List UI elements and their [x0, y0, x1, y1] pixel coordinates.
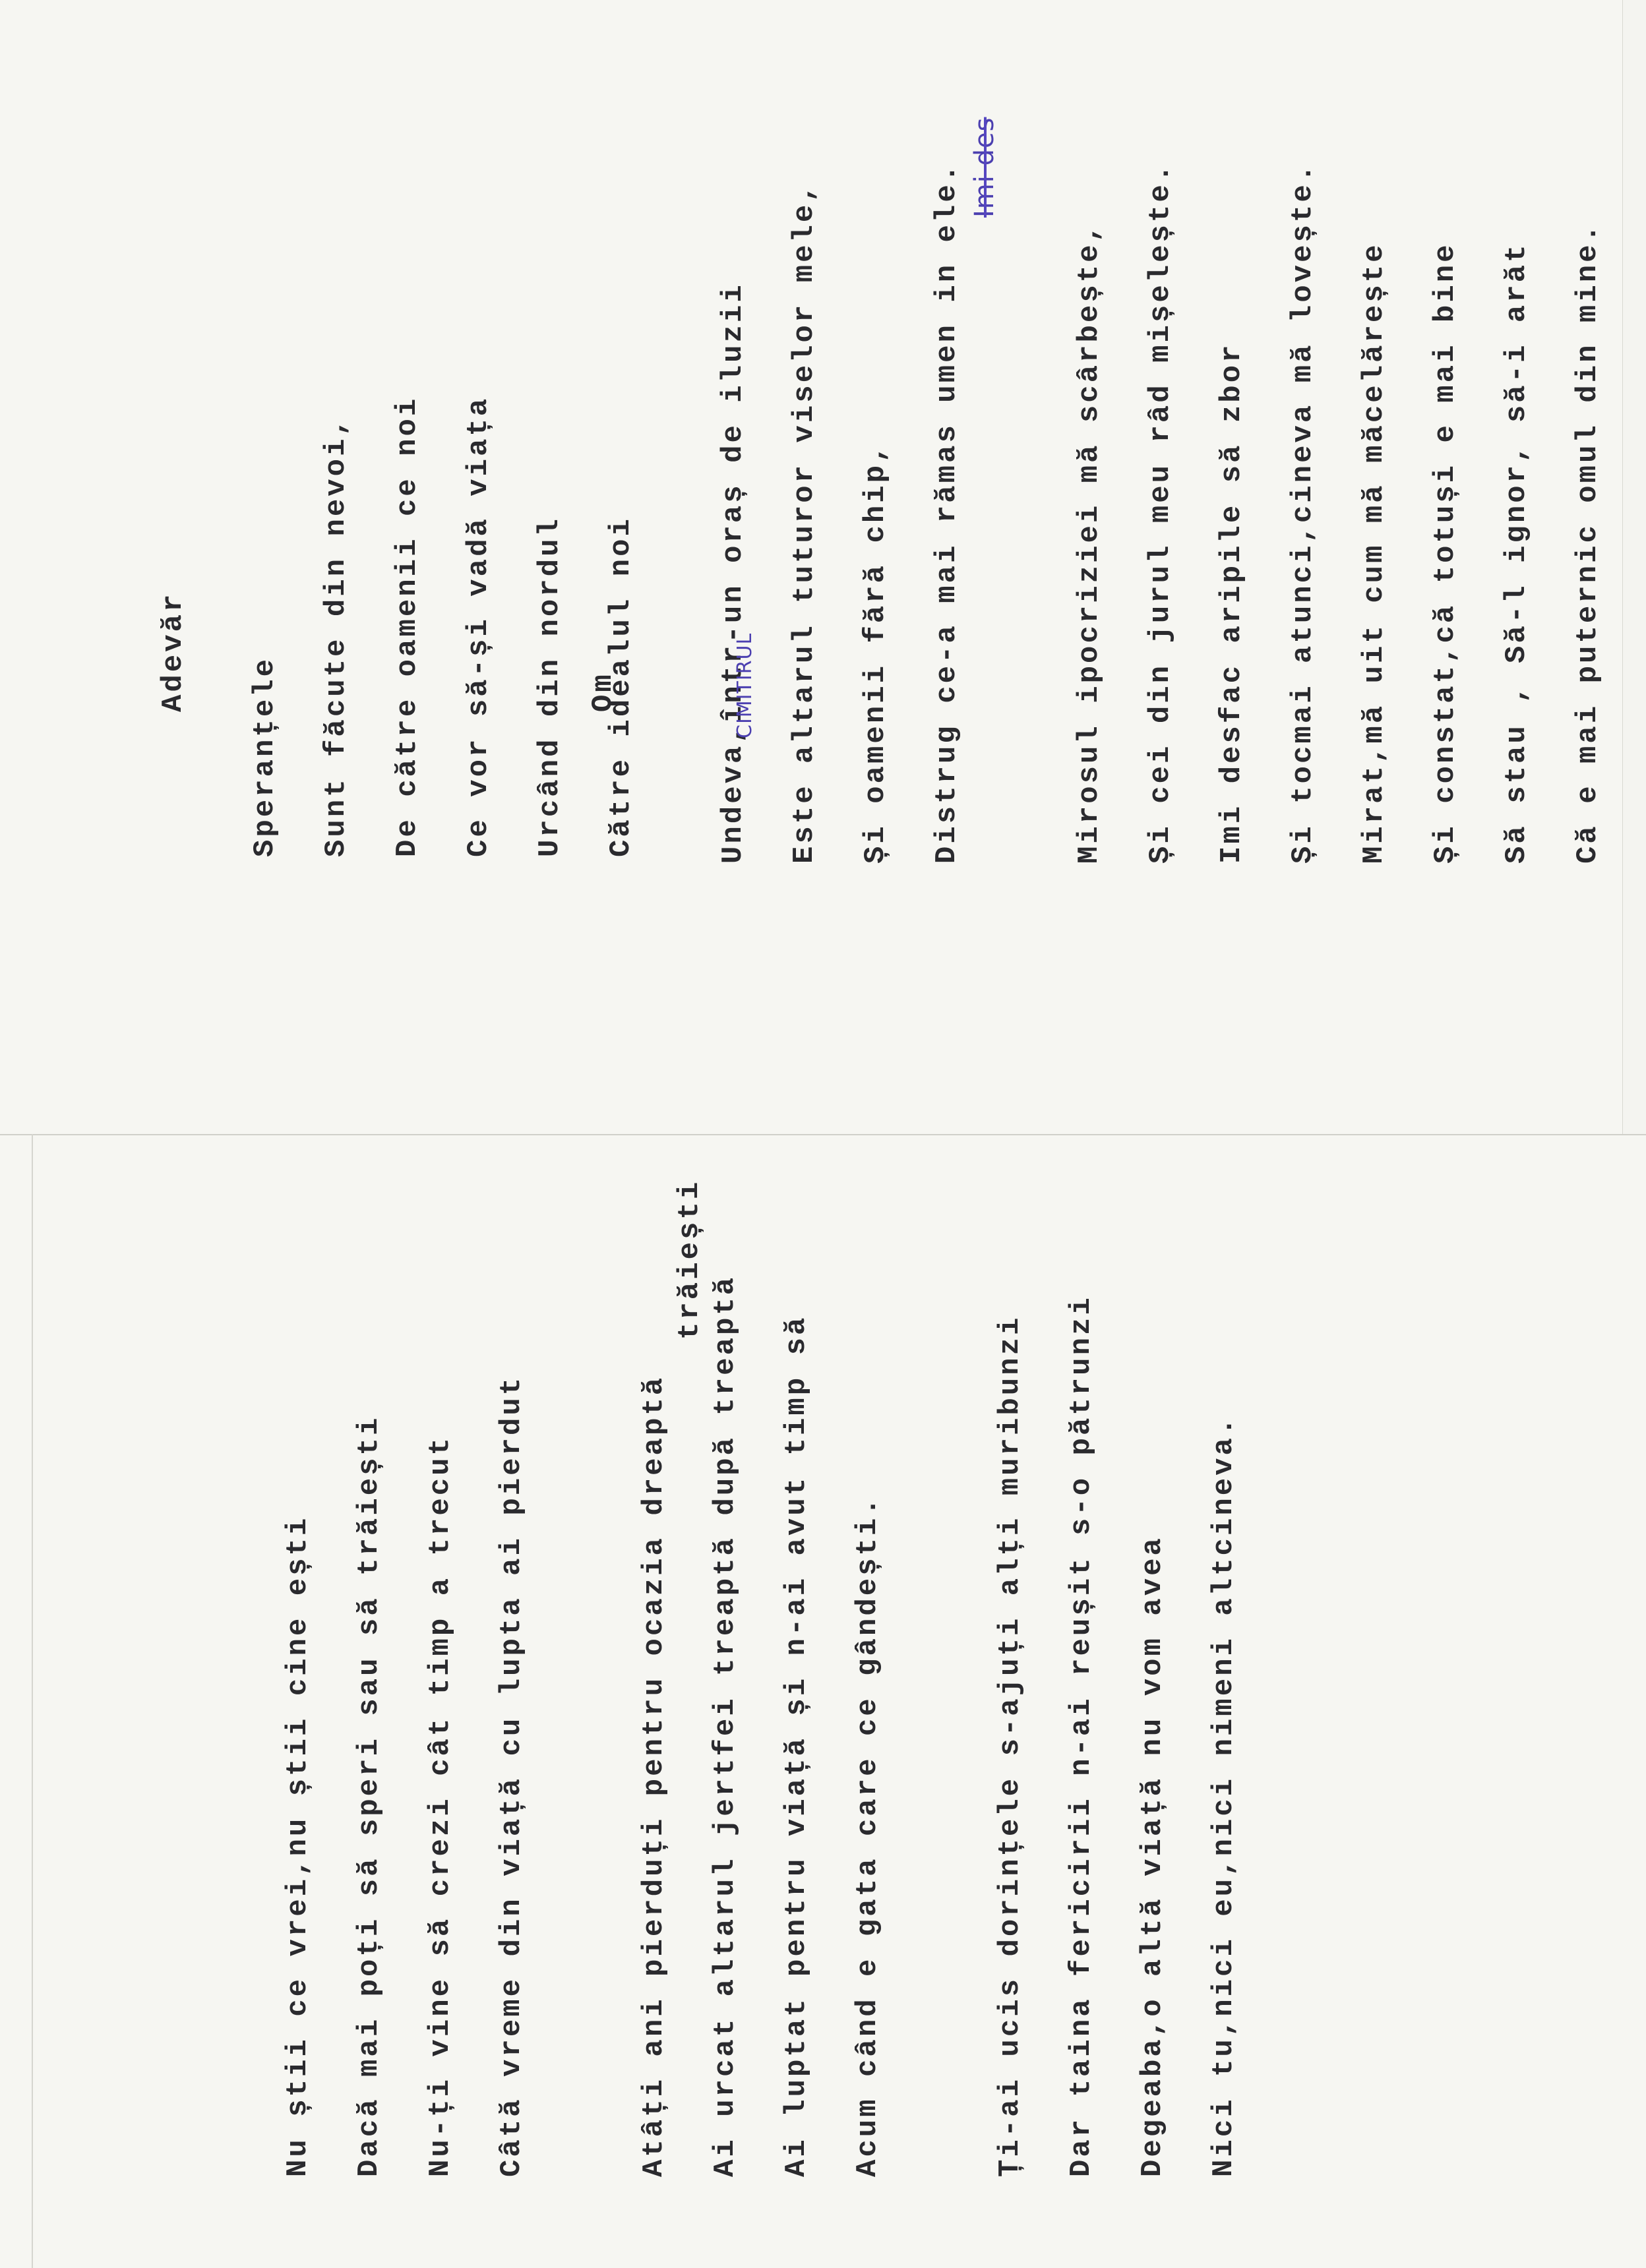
stanza-gap	[559, 1275, 607, 2177]
handwritten-correction: CIMITIRUL	[733, 633, 756, 738]
bottom-s1-line-2: Dacă mai poți să speri sau să trăiești	[346, 1275, 393, 2177]
poem2-block: Undeva,într-un oraș de iluzii Este altar…	[686, 162, 1635, 864]
poem-title-adevar: Adevăr	[157, 592, 190, 712]
bottom-s3-line-4: Nici tu,nici eu,nici nimeni altcineva.	[1200, 1275, 1248, 2177]
poem2-s2-line-4: Și tocmai atunci,cineva mă lovește.	[1279, 162, 1327, 864]
poem2-s2-line-7: Să stau , Să-l ignor, să-i arăt	[1493, 162, 1540, 864]
poem1-line-5: Urcând din nordul	[526, 396, 574, 857]
bottom-s2-line-4: Acum când e gata care ce gândești.	[844, 1275, 892, 2177]
bottom-s2-line-1: Atâți ani pierduți pentru ocazia dreaptă	[630, 1275, 678, 2177]
bottom-s3-line-2: Dar taina fericirii n-ai reușit s-o pătr…	[1058, 1275, 1105, 2177]
bottom-s2-overflow: trăiești	[666, 1179, 714, 1340]
poem1-line-6: Către idealul noi	[597, 396, 645, 857]
bottom-poem-block: Nu știi ce vrei,nu știi cine ești Dacă m…	[251, 1275, 1271, 2177]
bottom-s1-line-4: Câtă vreme din viață cu lupta ai pierdut	[488, 1275, 535, 2177]
poem2-s2-line-3: Imi desfac aripile să zbor	[1208, 162, 1256, 864]
stanza-gap	[915, 1275, 963, 2177]
poem2-s1-line-4: Distrug ce-a mai rămas umen in ele.	[923, 162, 971, 864]
poem2-s1-line-3: Și oamenii fără chip,	[852, 162, 899, 864]
poem1-block: Speranțele Sunt făcute din nevoi, De căt…	[218, 396, 669, 857]
section-title-om: Om	[587, 672, 620, 712]
bottom-page-sheet: Nu știi ce vrei,nu știi cine ești Dacă m…	[0, 1134, 1646, 2268]
poem1-line-3: De către oamenii ce noi	[384, 396, 431, 857]
poem2-s2-line-5: Mirat,mă uit cum mă măcelărește	[1351, 162, 1398, 864]
poem2-s2-line-6: Și constat,că totuși e mai bine	[1422, 162, 1469, 864]
stanza-gap	[994, 162, 1042, 864]
poem2-s2-line-2: Și cei din jurul meu râd mișelește.	[1137, 162, 1184, 864]
poem2-s2-line-8: Că e mai puternic omul din mine.	[1564, 162, 1612, 864]
page-edge	[32, 1134, 33, 2268]
top-page-sheet: Adevăr Speranțele Sunt făcute din nevoi,…	[0, 0, 1623, 1135]
bottom-s2-line-2: Ai urcat altarul jertfei treaptă după tr…	[702, 1275, 749, 2177]
poem1-line-2: Sunt făcute din nevoi,	[313, 396, 360, 857]
poem2-s2-line-1: Mirosul ipocriziei mă scârbește,	[1066, 162, 1113, 864]
poem2-s1-line-2: Este altarul tuturor viselor mele,	[781, 162, 828, 864]
bottom-s3-line-1: Ți-ai ucis dorințele s-ajuți alți muribu…	[987, 1275, 1034, 2177]
bottom-s3-line-3: Degeaba,o altă viață nu vom avea	[1129, 1275, 1176, 2177]
bottom-s2-line-3: Ai luptat pentru viață și n-ai avut timp…	[773, 1275, 820, 2177]
poem1-line-1: Speranțele	[241, 396, 289, 857]
bottom-s1-line-3: Nu-ți vine să crezi cât timp a trecut	[417, 1275, 464, 2177]
poem2-s1-line-1: Undeva,într-un oraș de iluzii	[710, 162, 757, 864]
poem1-line-4: Ce vor să-și vadă viața	[455, 396, 503, 857]
handwritten-strikeout: Imi des	[969, 117, 1000, 218]
bottom-s1-line-1: Nu știi ce vrei,nu știi cine ești	[274, 1275, 322, 2177]
